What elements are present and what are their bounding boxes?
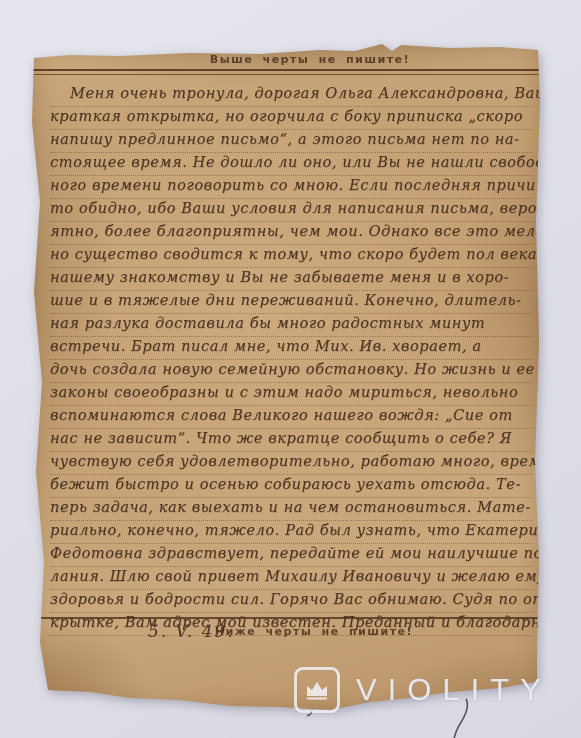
letter-line: Меня очень тронула, дорогая Ольга Алекса… [50,84,532,107]
letter-line: ная разлука доставила бы много радостных… [50,314,532,337]
letter-line: напишу предлинное письмо“, а этого письм… [50,130,532,153]
letter-line: краткая открытка, но огорчила с боку при… [50,107,532,130]
top-rule [33,69,539,75]
letter-line: здоровья и бодрости сил. Горячо Вас обни… [50,590,532,613]
letter-line: Федотовна здравствует, передайте ей мои … [50,544,532,567]
letter-line: законы своеобразны и с этим надо миритьс… [50,383,532,406]
letter-line: шие и в тяжелые дни переживаний. Конечно… [50,291,532,314]
letter-line: ного времени поговорить со мною. Если по… [50,176,532,199]
letter-line: вспоминаются слова Великого нашего вождя… [50,406,532,429]
letter-line: чувствую себя удовлетворительно, работаю… [50,452,532,475]
violity-watermark: VIOLITY [294,666,552,714]
letter-line: но существо сводится к тому, что скоро б… [50,245,532,268]
crown-glyph [305,680,329,700]
letter-paper: Выше черты не пишите! Меня очень тронула… [30,42,542,712]
letter-line: то обидно, ибо Ваши условия для написани… [50,199,532,222]
letter-line: встречи. Брат писал мне, что Мих. Ив. хв… [50,337,532,360]
letter-line: дочь создала новую семейную обстановку. … [50,360,532,383]
letter-body: Меня очень тронула, дорогая Ольга Алекса… [50,84,532,636]
crown-icon [294,667,340,713]
stray-ink-mark [450,698,476,738]
letter-line: нашему знакомству и Вы не забываете меня… [50,268,532,291]
letter-line: ятно, более благоприятны, чем мои. Однак… [50,222,532,245]
letter-line: риально, конечно, тяжело. Рад был узнать… [50,521,532,544]
letter-line: бежит быстро и осенью собираюсь уехать о… [50,475,532,498]
letter-line: лания. Шлю свой привет Михаилу Ивановичу… [50,567,532,590]
letter-line: стоящее время. Не дошло ли оно, или Вы н… [50,153,532,176]
letter-line: нас не зависит“. Что же вкратце сообщить… [50,429,532,452]
letter-line: перь задача, как выехать и на чем остано… [50,498,532,521]
letter-paper-wrap: Выше черты не пишите! Меня очень тронула… [0,0,581,738]
top-notice: Выше черты не пишите! [30,53,542,66]
photo-background: Выше черты не пишите! Меня очень тронула… [0,0,581,738]
bottom-notice: Ниже черты не пишите! [30,625,542,638]
bottom-rule [32,617,540,619]
